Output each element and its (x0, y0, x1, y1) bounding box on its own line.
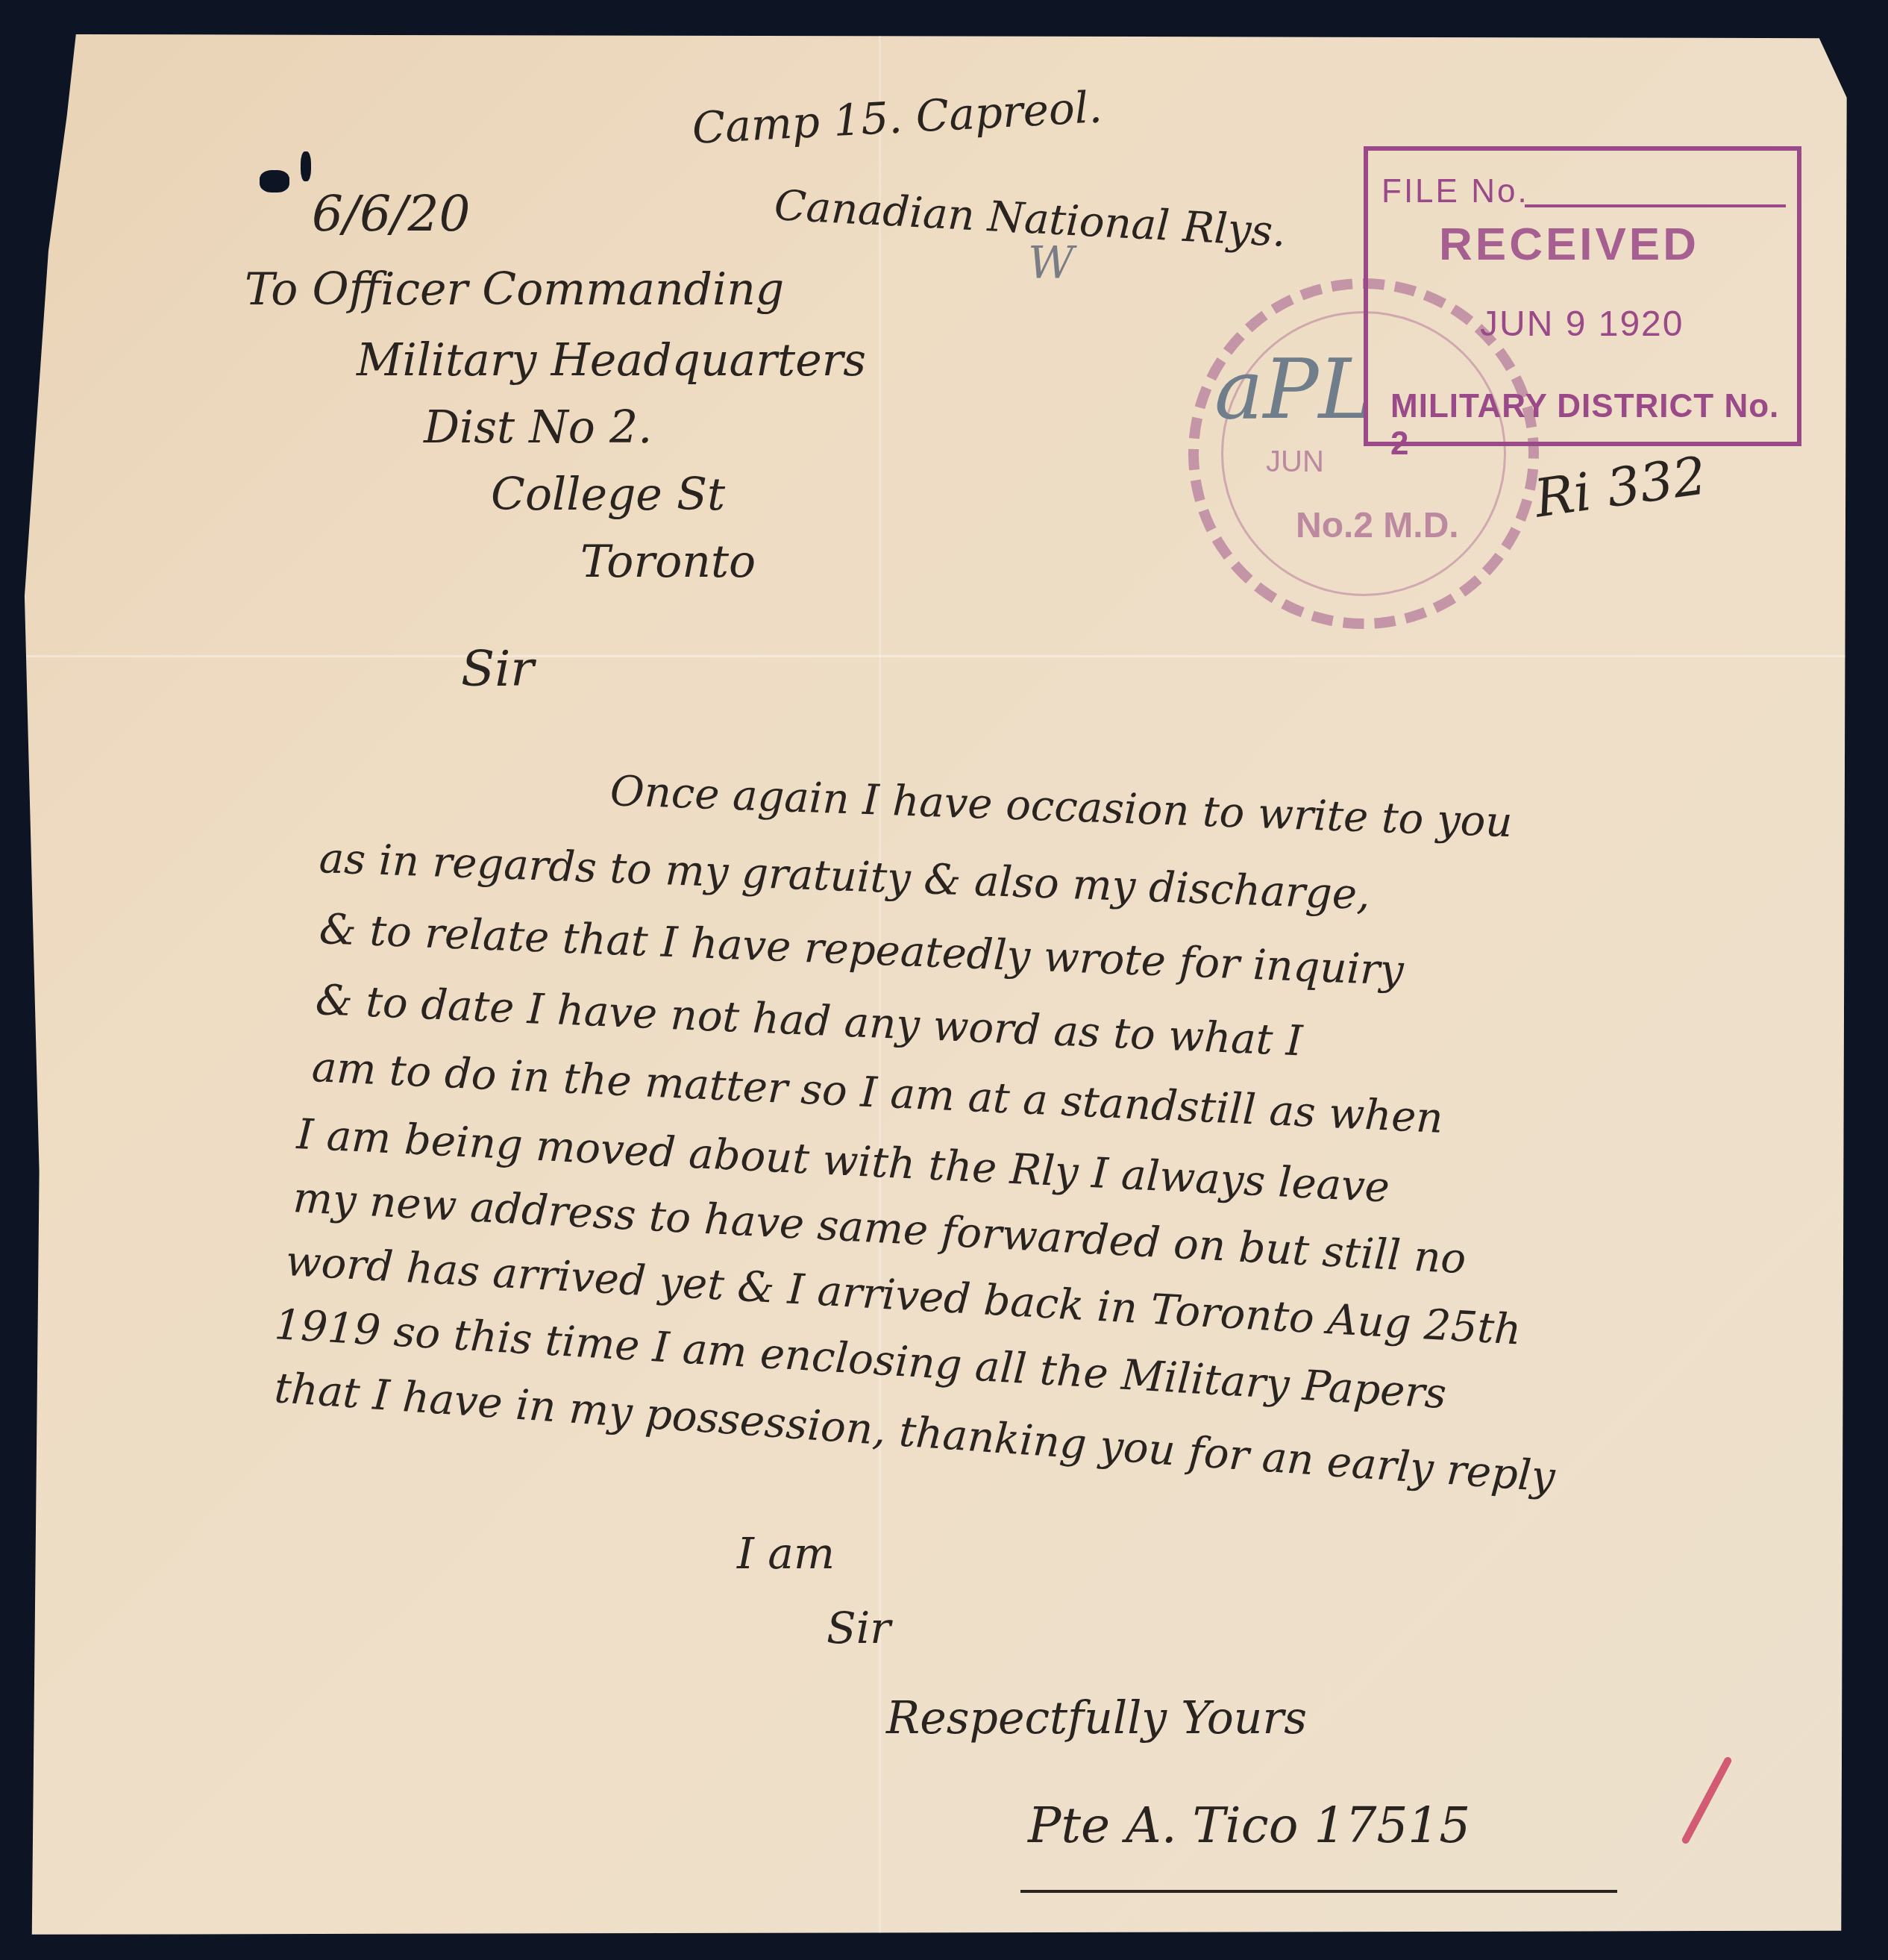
salutation: Sir (461, 640, 534, 698)
circular-stamp-district: No.2 M.D. (1296, 505, 1459, 546)
letter-date: 6/6/20 (312, 185, 470, 242)
addressee-line3: Dist No 2. (424, 401, 652, 454)
addressee-line5: Toronto (580, 536, 756, 588)
paper-damage (301, 151, 311, 181)
letter-paper: Camp 15. Capreol. Canadian National Rlys… (21, 21, 1856, 1938)
header-location-line1: Camp 15. Capreol. (691, 81, 1103, 154)
addressee-line1: To Officer Commanding (245, 263, 784, 316)
stamp-file-line (1525, 204, 1786, 207)
body-line: & to relate that I have repeatedly wrote… (319, 905, 1405, 995)
stamp-date: JUN 9 1920 (1480, 304, 1684, 345)
fold-line-horizontal (21, 655, 1856, 657)
initials-mark: W (1028, 237, 1074, 289)
closing-sir: Sir (827, 1603, 891, 1653)
red-pencil-mark (1681, 1756, 1733, 1844)
received-stamp: FILE No. RECEIVED JUN 9 1920 MILITARY DI… (1364, 146, 1801, 446)
paper-damage (260, 170, 289, 192)
closing-respectfully: Respectfully Yours (886, 1692, 1307, 1744)
stamp-received-label: RECEIVED (1439, 218, 1699, 271)
pencil-initials: aPL (1214, 342, 1373, 437)
body-line: as in regards to my gratuity & also my d… (319, 834, 1371, 919)
circular-stamp-month: JUN (1266, 445, 1324, 479)
addressee-line4: College St (491, 469, 725, 521)
signature: Pte A. Tico 17515 (1028, 1797, 1470, 1854)
closing-i-am: I am (737, 1528, 835, 1579)
addressee-line2: Military Headquarters (357, 334, 866, 386)
body-line: Once again I have occasion to write to y… (609, 767, 1514, 847)
stamp-district: MILITARY DISTRICT No. 2 (1390, 388, 1797, 463)
signature-underline (1020, 1890, 1617, 1893)
stamp-file-label: FILE No. (1381, 173, 1529, 210)
